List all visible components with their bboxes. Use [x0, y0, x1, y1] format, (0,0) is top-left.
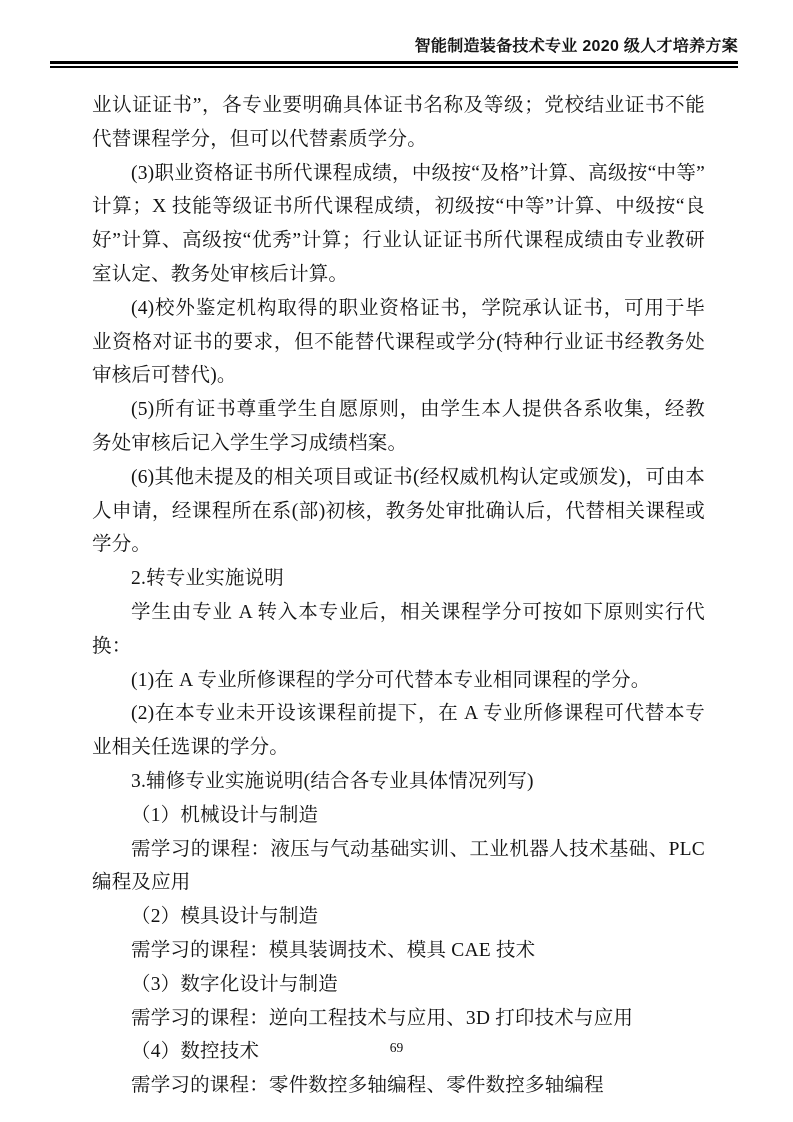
body-paragraph: 需学习的课程：逆向工程技术与应用、3D 打印技术与应用	[92, 1002, 705, 1036]
header-title: 智能制造装备技术专业 2020 级人才培养方案	[50, 36, 738, 57]
document-page: 智能制造装备技术专业 2020 级人才培养方案 业认证证书”，各专业要明确具体证…	[0, 0, 793, 1122]
body-paragraph: 业认证证书”，各专业要明确具体证书名称及等级；党校结业证书不能代替课程学分，但可…	[92, 89, 705, 157]
body-paragraph: （3）数字化设计与制造	[92, 968, 705, 1002]
page-header: 智能制造装备技术专业 2020 级人才培养方案	[0, 0, 793, 68]
body-paragraph: (3)职业资格证书所代课程成绩，中级按“及格”计算、高级按“中等”计算；X 技能…	[92, 157, 705, 292]
body-paragraph: 需学习的课程：零件数控多轴编程、零件数控多轴编程	[92, 1069, 705, 1103]
body-paragraph: (4)校外鉴定机构取得的职业资格证书，学院承认证书，可用于毕业资格对证书的要求，…	[92, 292, 705, 393]
body-paragraph: (1)在 A 专业所修课程的学分可代替本专业相同课程的学分。	[92, 664, 705, 698]
body-paragraph: 学生由专业 A 转入本专业后，相关课程学分可按如下原则实行代换：	[92, 596, 705, 664]
body-paragraph: （2）模具设计与制造	[92, 900, 705, 934]
page-number: 69	[390, 1040, 404, 1055]
body-paragraph: （1）机械设计与制造	[92, 799, 705, 833]
body-paragraph: 需学习的课程：液压与气动基础实训、工业机器人技术基础、PLC 编程及应用	[92, 833, 705, 901]
body-paragraph: 需学习的课程：模具装调技术、模具 CAE 技术	[92, 934, 705, 968]
body-paragraph: 3.辅修专业实施说明(结合各专业具体情况列写)	[92, 765, 705, 799]
body-paragraph: (2)在本专业未开设该课程前提下，在 A 专业所修课程可代替本专业相关任选课的学…	[92, 697, 705, 765]
body-paragraph: (6)其他未提及的相关项目或证书(经权威机构认定或颁发)，可由本人申请，经课程所…	[92, 461, 705, 562]
header-rule	[50, 61, 738, 68]
document-body: 业认证证书”，各专业要明确具体证书名称及等级；党校结业证书不能代替课程学分，但可…	[92, 89, 705, 1103]
body-paragraph: (5)所有证书尊重学生自愿原则，由学生本人提供各系收集，经教务处审核后记入学生学…	[92, 393, 705, 461]
body-paragraph: 2.转专业实施说明	[92, 562, 705, 596]
header-rule-thin-line	[50, 66, 738, 68]
page-footer: 69	[0, 1040, 793, 1056]
